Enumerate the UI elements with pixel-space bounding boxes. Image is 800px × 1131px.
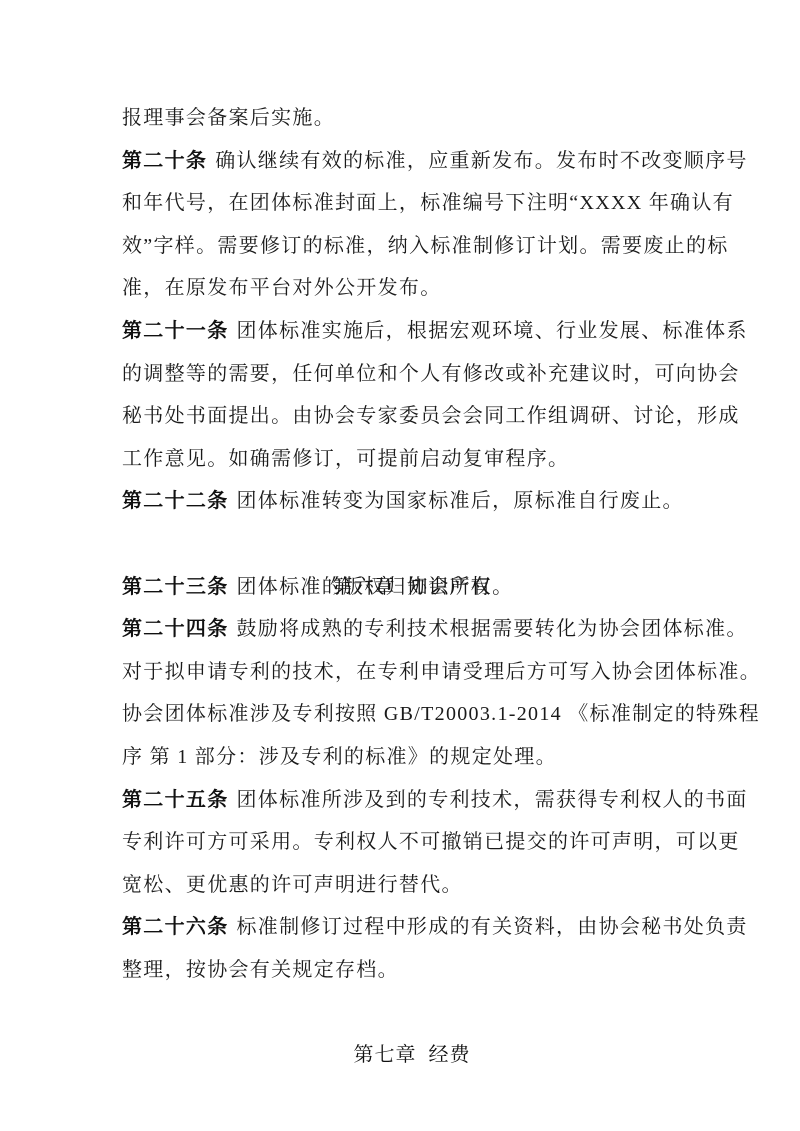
article-21: 第二十一条团体标准实施后，根据宏观环境、行业发展、标准体系 的调整等的需要，任何… [122,310,678,480]
text-line: 第二十五条团体标准所涉及到的专利技术，需获得专利权人的书面 [122,779,678,822]
text-line: 和年代号，在团体标准封面上，标准编号下注明“XXXX 年确认有 [122,182,678,225]
text-line: 准，在原发布平台对外公开发布。 [122,267,678,310]
article-text: 团体标准转变为国家标准后，原标准自行废止。 [237,490,684,512]
text-line: 整理，按协会有关规定存档。 [122,949,678,992]
article-label: 第二十条 [122,150,207,172]
text-line: 专利许可方可采用。专利权人不可撤销已提交的许可声明，可以更 [122,821,678,864]
text-line: 第二十二条团体标准转变为国家标准后，原标准自行废止。 [122,480,678,523]
text-line: 对于拟申请专利的技术，在专利申请受理后方可写入协会团体标准。 [122,651,678,694]
chapter-heading: 第七章 经费 [122,991,678,1034]
text-line: 第二十条确认继续有效的标准，应重新发布。发布时不改变顺序号 [122,140,678,183]
article-text: 团体标准所涉及到的专利技术，需获得专利权人的书面 [237,789,748,811]
text-line: 第二十四条鼓励将成熟的专利技术根据需要转化为协会团体标准。 [122,608,678,651]
paragraph-continuation: 报理事会备案后实施。 [122,97,678,140]
article-text: 标准制修订过程中形成的有关资料，由协会秘书处负责 [237,916,748,938]
text-line: 序 第 1 部分：涉及专利的标准》的规定处理。 [122,736,678,779]
document-page: 报理事会备案后实施。 第二十条确认继续有效的标准，应重新发布。发布时不改变顺序号… [122,97,678,1034]
text-line: 效”字样。需要修订的标准，纳入标准制修订计划。需要废止的标 [122,225,678,268]
text-line: 工作意见。如确需修订，可提前启动复审程序。 [122,438,678,481]
article-22: 第二十二条团体标准转变为国家标准后，原标准自行废止。 [122,480,678,523]
article-label: 第二十三条 [122,576,229,598]
article-23: 第二十三条团体标准的版权归协会所有。 [122,566,678,609]
text-line: 第二十六条标准制修订过程中形成的有关资料，由协会秘书处负责 [122,906,678,949]
article-24: 第二十四条鼓励将成熟的专利技术根据需要转化为协会团体标准。 对于拟申请专利的技术… [122,608,678,778]
chapter-heading: 第六章 知识产权 [122,523,678,566]
article-text: 鼓励将成熟的专利技术根据需要转化为协会团体标准。 [237,618,748,640]
article-text: 团体标准的版权归协会所有。 [237,576,514,598]
article-label: 第二十六条 [122,916,229,938]
article-label: 第二十四条 [122,618,229,640]
article-label: 第二十二条 [122,490,229,512]
text-line: 第二十三条团体标准的版权归协会所有。 [122,566,678,609]
article-25: 第二十五条团体标准所涉及到的专利技术，需获得专利权人的书面 专利许可方可采用。专… [122,779,678,907]
article-text: 团体标准实施后，根据宏观环境、行业发展、标准体系 [237,320,748,342]
text-line: 协会团体标准涉及专利按照 GB/T20003.1-2014 《标准制定的特殊程 [122,693,678,736]
text-line: 第二十一条团体标准实施后，根据宏观环境、行业发展、标准体系 [122,310,678,353]
article-20: 第二十条确认继续有效的标准，应重新发布。发布时不改变顺序号 和年代号，在团体标准… [122,140,678,310]
article-label: 第二十一条 [122,320,229,342]
article-26: 第二十六条标准制修订过程中形成的有关资料，由协会秘书处负责 整理，按协会有关规定… [122,906,678,991]
chapter-title: 第七章 经费 [354,1044,471,1066]
text-line: 秘书处书面提出。由协会专家委员会会同工作组调研、讨论，形成 [122,395,678,438]
text-line: 报理事会备案后实施。 [122,107,335,129]
article-label: 第二十五条 [122,789,229,811]
article-text: 确认继续有效的标准，应重新发布。发布时不改变顺序号 [215,150,748,172]
text-line: 的调整等的需要，任何单位和个人有修改或补充建议时，可向协会 [122,353,678,396]
text-line: 宽松、更优惠的许可声明进行替代。 [122,864,678,907]
